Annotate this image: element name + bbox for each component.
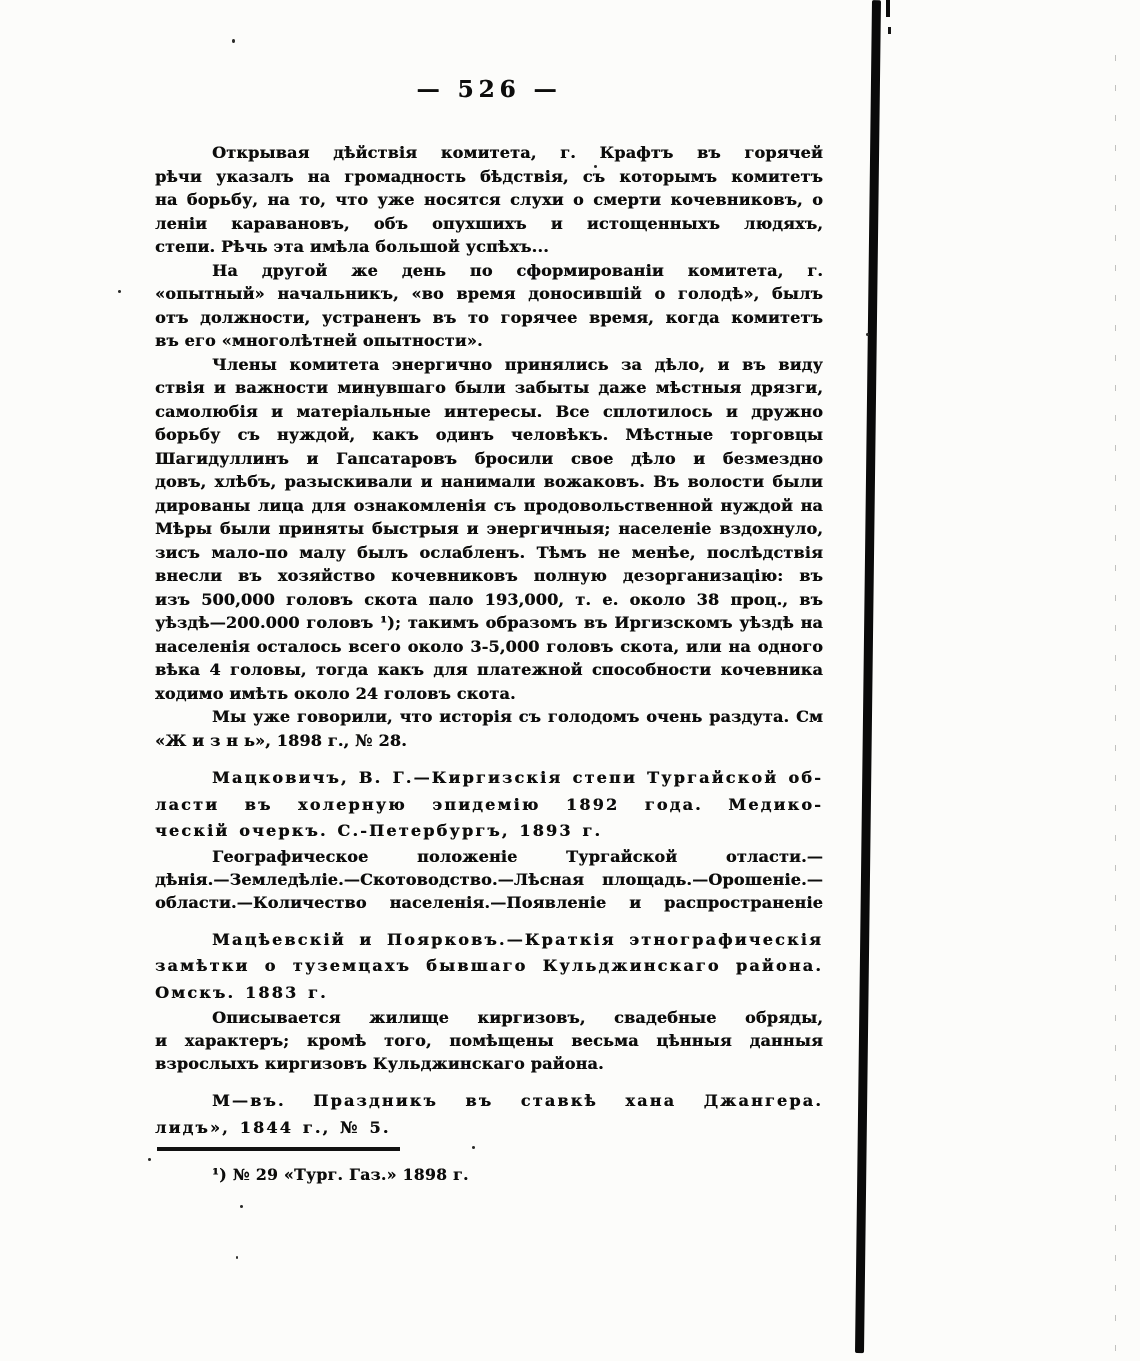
footnote-turgai-gazette: ¹) № 29 «Тург. Газ.» 1898 г.: [155, 1163, 823, 1186]
text-line: Омскъ. 1883 г.: [155, 980, 823, 1007]
text-line: степи. Рѣчь эта имѣла большой успѣхъ...: [155, 235, 823, 259]
scan-speck: [118, 290, 121, 293]
text-line: области.—Количество населенія.—Появленіе…: [155, 891, 823, 914]
scan-speck: [866, 333, 869, 336]
text-line: М—въ. Праздникъ въ ставкѣ хана Джангера.…: [155, 1088, 823, 1115]
text-line: дированы лица для ознакомленія съ продов…: [155, 494, 823, 518]
text-line: въ его «многолѣтней опытности».: [155, 329, 823, 353]
paragraph-famine-exaggerated: Мы уже говорили, что исторія съ голодомъ…: [155, 705, 823, 752]
text-line: борьбу съ нуждой, какъ одинъ человѣкъ. М…: [155, 423, 823, 447]
text-line: и характеръ; кромѣ того, помѣщены весьма…: [155, 1029, 823, 1052]
text-line: лидъ», 1844 г., № 5.: [155, 1115, 823, 1142]
paragraph-krasnokutsky: На другой же день по сформированіи комит…: [155, 259, 823, 353]
bibliography-entry-matseevsky-poyarkov: Мацѣевскій и Поярковъ.—Краткія этнографи…: [155, 927, 823, 1007]
paragraph-committee-work: Члены комитета энергично принялись за дѣ…: [155, 353, 823, 706]
text-line: уѣздѣ—200.000 головъ ¹); такимъ образомъ…: [155, 611, 823, 635]
text-line: довъ, хлѣбъ, разыскивали и нанимали вожа…: [155, 470, 823, 494]
text-line: населенія осталось всего около 3-5,000 г…: [155, 635, 823, 659]
text-line: Географическое положеніе Тургайской отла…: [155, 845, 823, 868]
text-line: леніи каравановъ, объ опухшихъ и истощен…: [155, 212, 823, 236]
text-line: взрослыхъ киргизовъ Кульджинскаго района…: [155, 1052, 823, 1075]
text-line: на борьбу, на то, что уже носятся слухи …: [155, 188, 823, 212]
text-line: ласти въ холерную эпидемію 1892 года. Ме…: [155, 792, 823, 819]
text-line: ¹) № 29 «Тург. Газ.» 1898 г.: [155, 1163, 823, 1186]
book-gutter-line: [855, 0, 881, 1353]
book-gutter-tick: [886, 0, 890, 17]
text-line: Мѣры были приняты быстрыя и энергичныя; …: [155, 517, 823, 541]
scan-speck: [232, 39, 235, 43]
text-line: зисъ мало-по малу былъ ослабленъ. Тѣмъ н…: [155, 541, 823, 565]
text-line: рѣчи указалъ на громадность бѣдствія, съ…: [155, 165, 823, 189]
text-line: ходимо имѣть около 24 головъ скота.: [155, 682, 823, 706]
text-line: дѣнія.—Земледѣліе.—Скотоводство.—Лѣсная …: [155, 868, 823, 891]
page-edge-line: [1115, 55, 1116, 1355]
text-line: Описывается жилище киргизовъ, свадебные …: [155, 1006, 823, 1029]
text-line: Члены комитета энергично принялись за дѣ…: [155, 353, 823, 377]
annotation-matseevsky-poyarkov: Описывается жилище киргизовъ, свадебные …: [155, 1006, 823, 1075]
text-line: На другой же день по сформированіи комит…: [155, 259, 823, 283]
text-line: «опытный» начальникъ, «во время доносивш…: [155, 282, 823, 306]
text-line: Шагидуллинъ и Гапсатаровъ бросили свое д…: [155, 447, 823, 471]
page-number: — 526 —: [155, 76, 823, 104]
text-line: внесли въ хозяйство кочевниковъ полную д…: [155, 564, 823, 588]
footnote-separator: [157, 1147, 400, 1151]
text-line: Открывая дѣйствія комитета, г. Крафтъ въ…: [155, 141, 823, 165]
text-line: Мацковичъ, В. Г.—Киргизскія степи Тургай…: [155, 765, 823, 792]
scan-speck: [240, 1205, 243, 1208]
text-line: изъ 500,000 головъ скота пало 193,000, т…: [155, 588, 823, 612]
annotation-matskovich: Географическое положеніе Тургайской отла…: [155, 845, 823, 914]
scan-speck: [236, 1256, 238, 1259]
bibliography-entry-m-v: М—въ. Праздникъ въ ставкѣ хана Джангера.…: [155, 1088, 823, 1141]
scan-speck: [148, 1158, 151, 1161]
text-line: Мацѣевскій и Поярковъ.—Краткія этнографи…: [155, 927, 823, 954]
text-line: вѣка 4 головы, тогда какъ для платежной …: [155, 658, 823, 682]
text-line: ствія и важности минувшаго были забыты д…: [155, 376, 823, 400]
text-line: отъ должности, устраненъ въ то горячее в…: [155, 306, 823, 330]
text-line: «Ж и з н ь», 1898 г., № 28.: [155, 729, 823, 753]
text-line: самолюбія и матеріальные интересы. Все с…: [155, 400, 823, 424]
text-line: замѣтки о туземцахъ бывшаго Кульджинскаг…: [155, 953, 823, 980]
scanned-page: — 526 — Открывая дѣйствія комитета, г. К…: [0, 0, 1140, 1361]
text-line: Мы уже говорили, что исторія съ голодомъ…: [155, 705, 823, 729]
text-blocks: Открывая дѣйствія комитета, г. Крафтъ въ…: [155, 141, 823, 1186]
text-column: — 526 — Открывая дѣйствія комитета, г. К…: [155, 76, 823, 1186]
bibliography-entry-matskovich: Мацковичъ, В. Г.—Киргизскія степи Тургай…: [155, 765, 823, 845]
paragraph-committee-opening: Открывая дѣйствія комитета, г. Крафтъ въ…: [155, 141, 823, 259]
text-line: ческій очеркъ. С.-Петербургъ, 1893 г.: [155, 818, 823, 845]
book-gutter-dot: [888, 27, 891, 34]
